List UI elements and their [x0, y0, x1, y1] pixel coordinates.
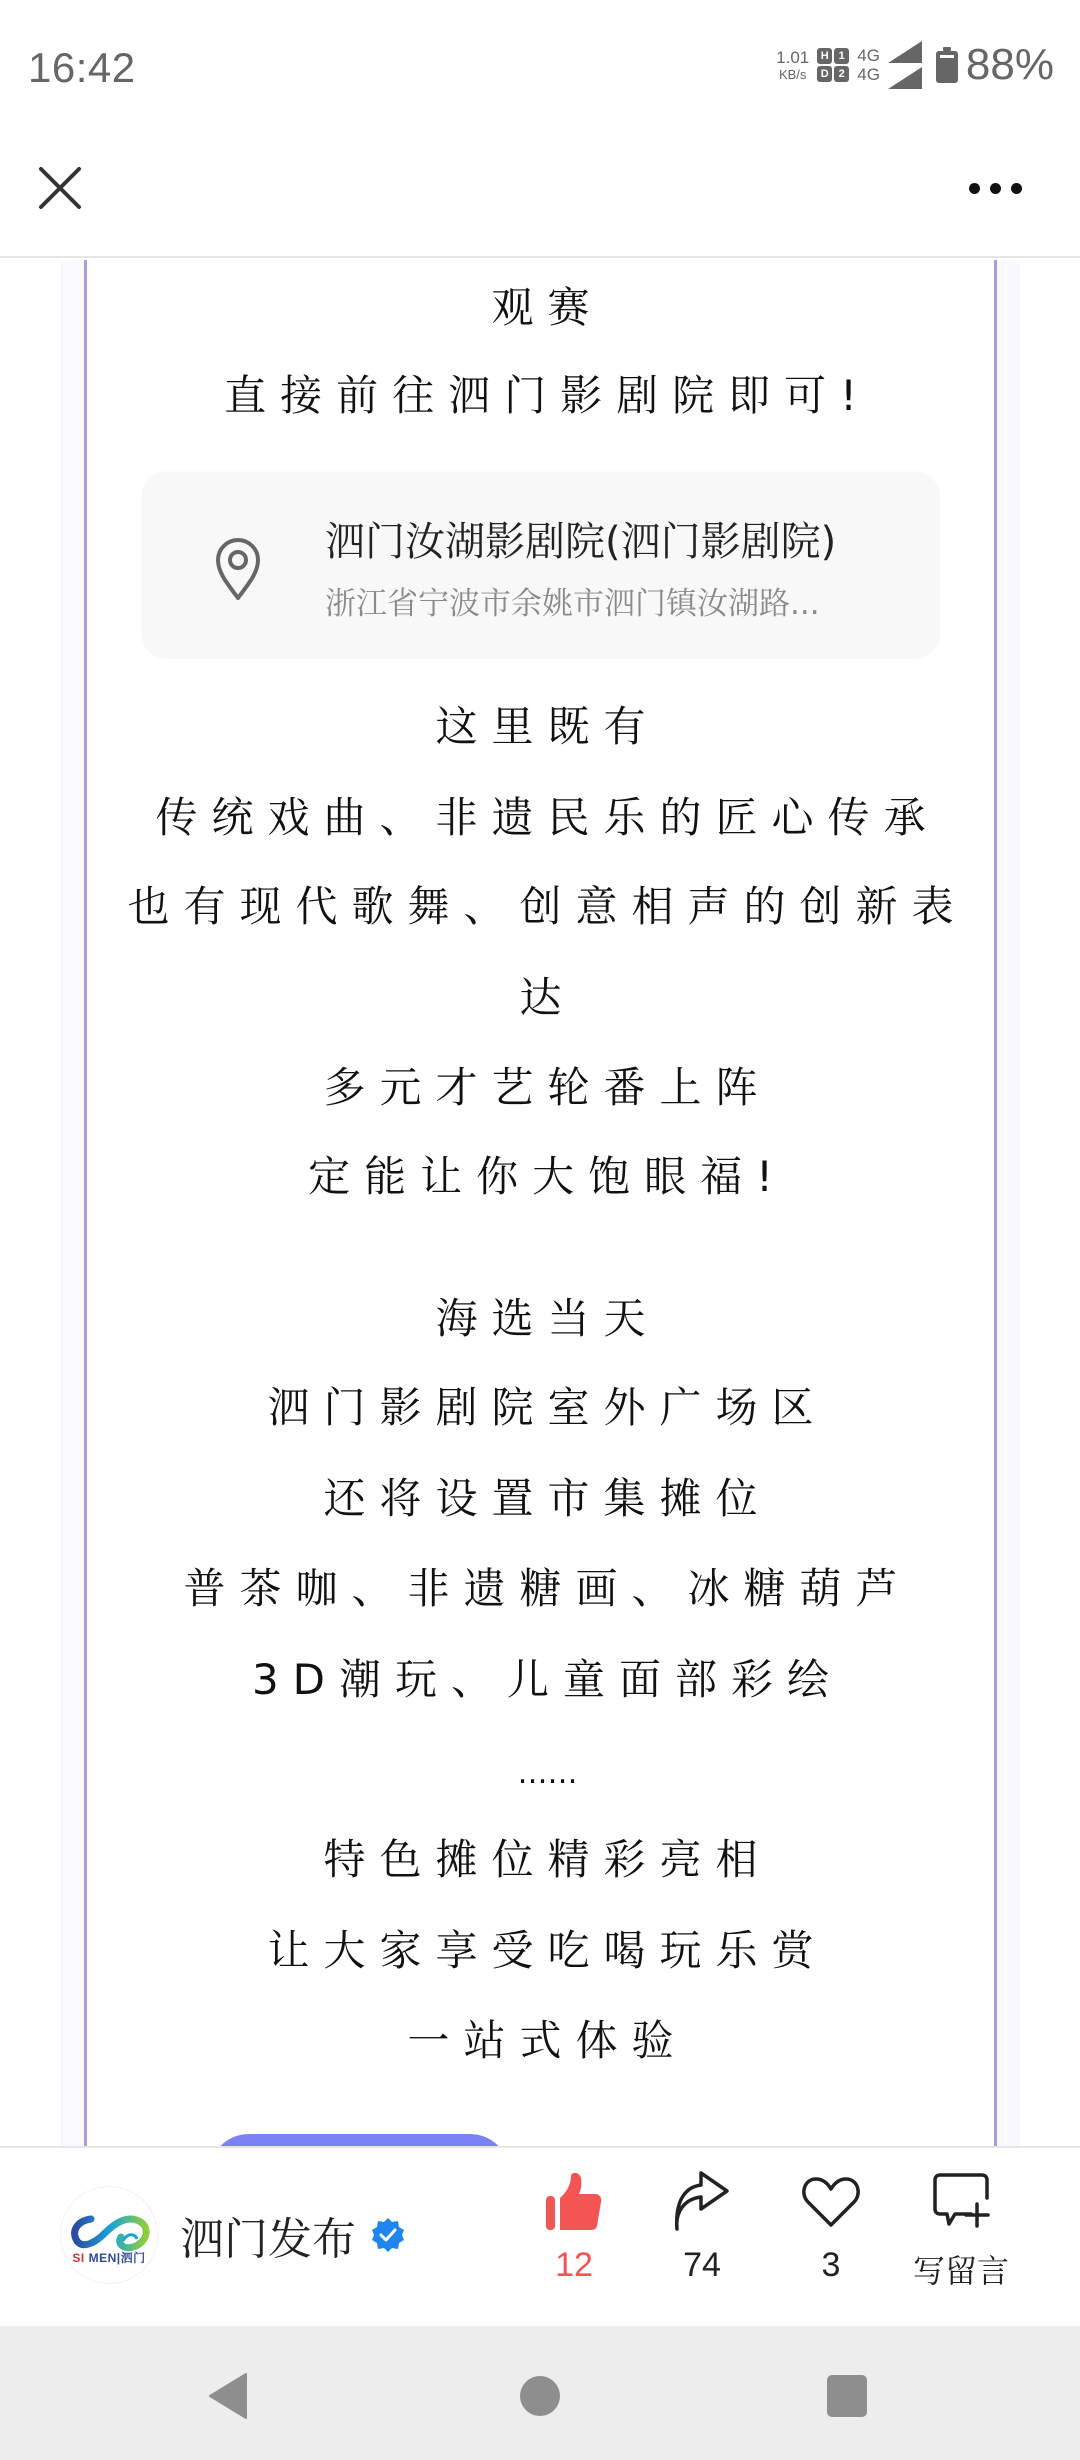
close-icon [38, 166, 82, 210]
write-comment-button[interactable]: 写留言 [896, 2170, 1026, 2310]
article-line: 普茶咖、非遗糖画、冰糖葫芦 [87, 1561, 994, 1617]
location-name: 泗门汝湖影剧院(泗门影剧院) [325, 510, 836, 567]
article-line: 特色摊位精彩亮相 [87, 1832, 994, 1888]
sim1-label: 1 [834, 48, 849, 64]
share-button[interactable]: 74 [637, 2170, 767, 2310]
status-time: 16:42 [28, 44, 136, 92]
network-speed: 1.01 KB/s [776, 49, 809, 81]
network-type-sim1: 4G [857, 46, 880, 65]
article-line: 让大家享受吃喝玩乐赏 [87, 1923, 994, 1979]
battery-percent: 88% [966, 40, 1054, 90]
article-line: 海选当天 [87, 1291, 994, 1347]
article-line: 直接前往泗门影剧院即可! [87, 368, 994, 424]
sim2-label: 2 [834, 66, 849, 82]
network-speed-value: 1.01 [776, 49, 809, 66]
system-navigation-bar [0, 2326, 1080, 2460]
nav-back-button[interactable] [198, 2366, 258, 2426]
hd-label: H [817, 48, 832, 64]
article-line: 定能让你大饱眼福! [87, 1149, 994, 1205]
network-type: 4G 4G [857, 46, 880, 84]
status-icons: 1.01 KB/s H 1 D 2 4G 4G 88% [776, 40, 1054, 90]
battery-icon [936, 47, 958, 83]
article-line: 多元才艺轮番上阵 [87, 1060, 994, 1116]
top-header [0, 120, 1080, 258]
network-type-sim2: 4G [857, 65, 880, 84]
bottom-action-bar: SI MEN|泗门 泗门发布 12 74 [0, 2146, 1080, 2326]
recents-icon [826, 2374, 868, 2418]
article-line: 一站式体验 [87, 2013, 994, 2069]
comment-add-icon [931, 2172, 991, 2232]
favorite-button[interactable]: 3 [766, 2170, 896, 2310]
write-comment-label: 写留言 [913, 2246, 1009, 2292]
more-options-button[interactable] [960, 168, 1030, 208]
article-line: 泗门影剧院室外广场区 [87, 1380, 994, 1436]
more-dots-icon [1011, 183, 1022, 194]
article-line: 达 [87, 970, 994, 1026]
more-dots-icon [990, 183, 1001, 194]
article-ellipsis: …… [87, 1746, 994, 1802]
home-icon [519, 2375, 561, 2417]
hd-label: D [817, 66, 832, 82]
hd-volte-icon: H 1 D 2 [817, 48, 849, 82]
back-icon [208, 2373, 248, 2419]
article-content[interactable]: 观赛 直接前往泗门影剧院即可! 泗门汝湖影剧院(泗门影剧院) 浙江省宁波市余姚市… [0, 260, 1080, 2146]
location-address: 浙江省宁波市余姚市泗门镇汝湖路... [325, 578, 895, 623]
article-line: 也有现代歌舞、创意相声的创新表 [87, 879, 994, 935]
location-pin-icon [208, 536, 268, 602]
article-actions: 12 74 3 [0, 2170, 1080, 2310]
article-line: 还将设置市集摊位 [87, 1471, 994, 1527]
signal-icon [888, 41, 922, 89]
share-icon [673, 2171, 731, 2233]
share-count: 74 [683, 2246, 721, 2285]
article-line: 这里既有 [87, 699, 994, 755]
network-speed-unit: KB/s [779, 68, 806, 81]
article-line: 传统戏曲、非遗民乐的匠心传承 [87, 790, 994, 846]
like-button[interactable]: 12 [509, 2170, 639, 2310]
nav-home-button[interactable] [510, 2366, 570, 2426]
article-line: 观赛 [87, 280, 994, 336]
favorite-count: 3 [822, 2246, 841, 2285]
article-line: 3D潮玩、儿童面部彩绘 [87, 1652, 994, 1708]
article-action-button[interactable] [209, 2134, 510, 2146]
nav-recents-button[interactable] [817, 2366, 877, 2426]
close-button[interactable] [30, 158, 90, 218]
like-count: 12 [555, 2246, 593, 2285]
heart-icon [801, 2175, 861, 2229]
thumbs-up-icon [545, 2172, 603, 2232]
status-bar: 16:42 1.01 KB/s H 1 D 2 4G 4G 88% [0, 0, 1080, 120]
more-dots-icon [969, 183, 980, 194]
